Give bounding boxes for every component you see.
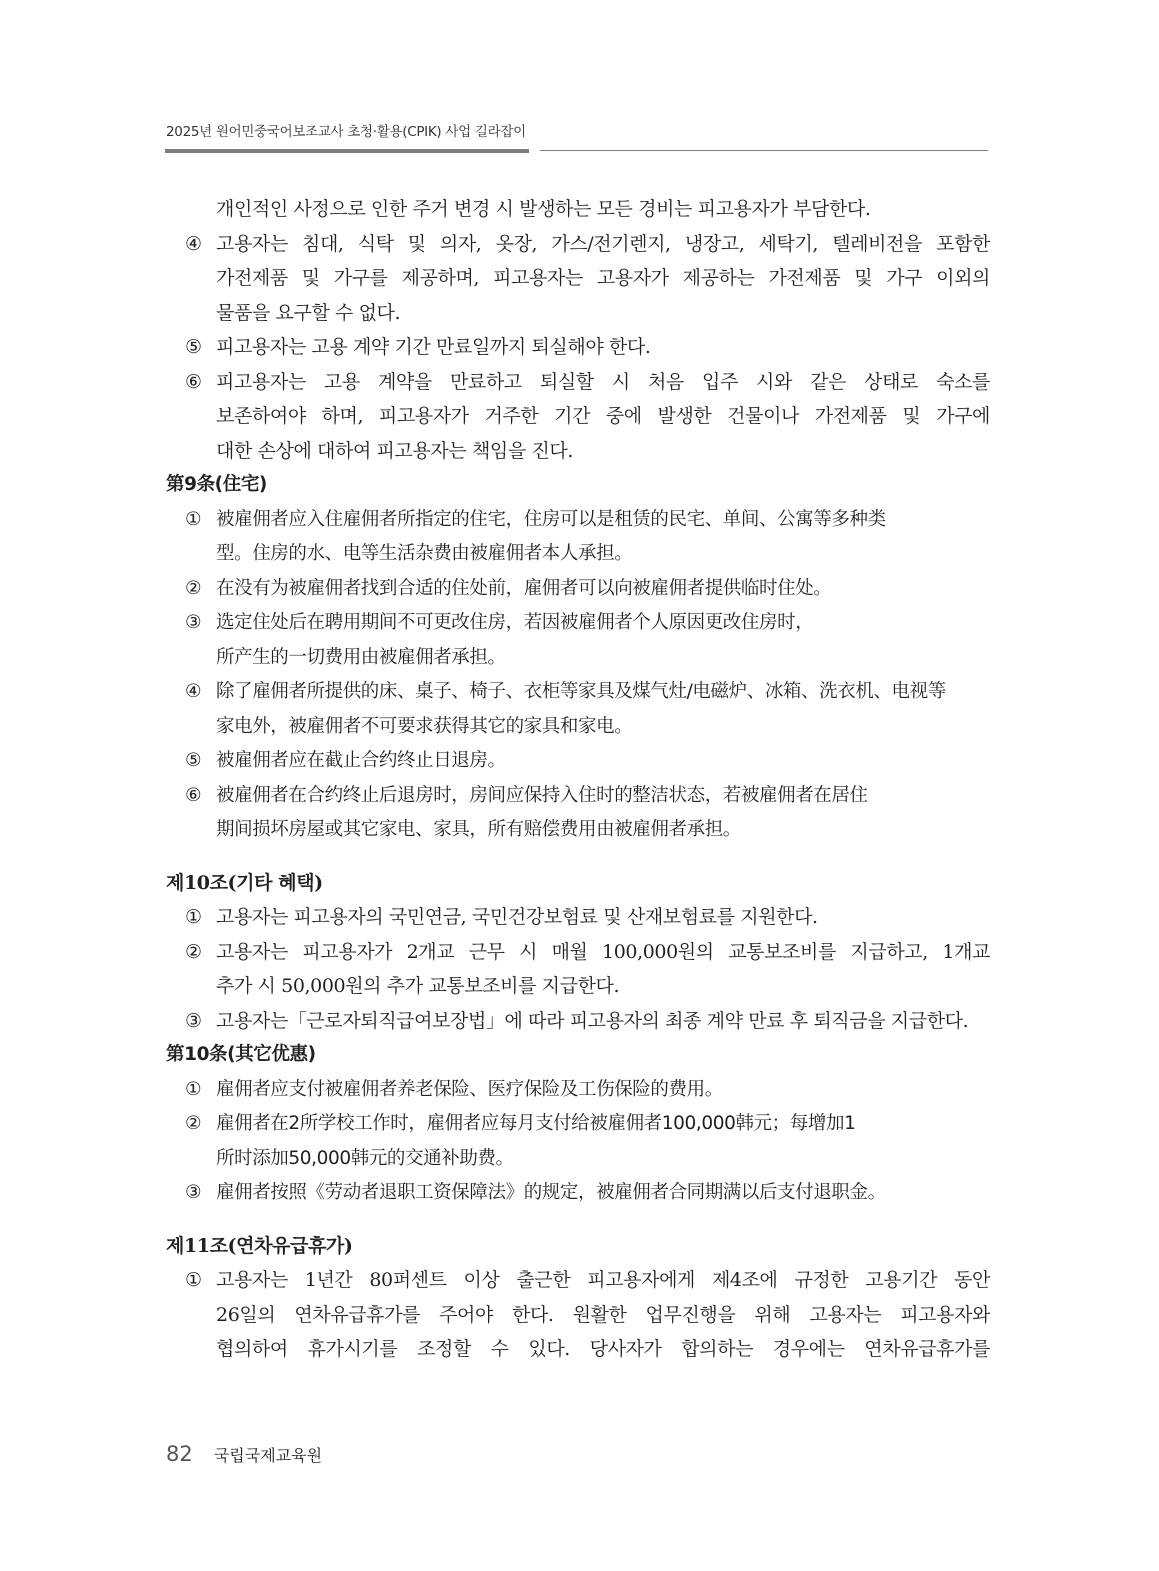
zh-art9-item-3-line2: 所产生的一切费用由被雇佣者承担。 — [166, 641, 990, 676]
zh-art9-item-4-line1: ④除了雇佣者所提供的床、桌子、椅子、衣柜等家具及煤气灶/电磁炉、冰箱、洗衣机、电… — [166, 675, 990, 710]
zh-art10-item-1: ①雇佣者应支付被雇佣者养老保险、医疗保险及工伤保险的费用。 — [166, 1073, 990, 1108]
zh-art9-item-5: ⑤被雇佣者应在截止合约终止日退房。 — [166, 744, 990, 779]
zh-art9-heading: 第9条(住宅) — [166, 468, 990, 503]
kr-art10-item-2-line1: ②고용자는 피고용자가 2개교 근무 시 매월 100,000원의 교통보조비를… — [166, 935, 990, 970]
zh-art10-heading: 第10条(其它优惠) — [166, 1038, 990, 1073]
header-rule-thin — [540, 150, 988, 151]
zh-art10-item-3: ③雇佣者按照《劳动者退职工资保障法》的规定，被雇佣者合同期满以后支付退职金。 — [166, 1176, 990, 1211]
kr-art11-heading: 제11조(연차유급휴가) — [166, 1229, 990, 1264]
kr-art10-item-1: ①고용자는 피고용자의 국민연금, 국민건강보험료 및 산재보험료를 지원한다. — [166, 900, 990, 935]
page-footer: 82 국립국제교육원 — [166, 1442, 322, 1466]
kr-art11-item-1-line1: ①고용자는 1년간 80퍼센트 이상 출근한 피고용자에게 제4조에 규정한 고… — [166, 1263, 990, 1298]
zh-art9-item-1-line2: 型。住房的水、电等生活杂费由被雇佣者本人承担。 — [166, 537, 990, 572]
zh-art10-item-2-line2: 所时添加50,000韩元的交通补助费。 — [166, 1142, 990, 1177]
kr-art10-item-3: ③고용자는「근로자퇴직급여보장법」에 따라 피고용자의 최종 계약 만료 후 퇴… — [166, 1004, 990, 1039]
section-gap — [166, 848, 990, 866]
kr-art9-item-6-line3: 대한 손상에 대하여 피고용자는 책임을 진다. — [166, 434, 990, 469]
zh-art9-item-4-line2: 家电外，被雇佣者不可要求获得其它的家具和家电。 — [166, 710, 990, 745]
kr-art9-item-5: ⑤피고용자는 고용 계약 기간 만료일까지 퇴실해야 한다. — [166, 330, 990, 365]
zh-art10-item-2-line1: ②雇佣者在2所学校工作时，雇佣者应每月支付给被雇佣者100,000韩元；每增加1 — [166, 1107, 990, 1142]
zh-art9-item-2: ②在没有为被雇佣者找到合适的住处前，雇佣者可以向被雇佣者提供临时住处。 — [166, 572, 990, 607]
continuation-line: 개인적인 사정으로 인한 주거 변경 시 발생하는 모든 경비는 피고용자가 부… — [166, 192, 990, 227]
kr-art9-item-4-line1: ④고용자는 침대, 식탁 및 의자, 옷장, 가스/전기렌지, 냉장고, 세탁기… — [166, 227, 990, 262]
kr-art9-item-4-line3: 물품을 요구할 수 없다. — [166, 296, 990, 331]
kr-art11-item-1-line3: 협의하여 휴가시기를 조정할 수 있다. 당사자가 합의하는 경우에는 연차유급… — [166, 1332, 990, 1367]
section-gap — [166, 1211, 990, 1229]
zh-art9-item-1-line1: ①被雇佣者应入住雇佣者所指定的住宅，住房可以是租赁的民宅、单间、公寓等多种类 — [166, 503, 990, 538]
zh-art9-item-6-line2: 期间损坏房屋或其它家电、家具，所有赔偿费用由被雇佣者承担。 — [166, 813, 990, 848]
header-rule-thick — [165, 149, 529, 153]
organization-name: 국립국제교육원 — [214, 1446, 322, 1465]
kr-art10-heading: 제10조(기타 혜택) — [166, 866, 990, 901]
page-number: 82 — [166, 1442, 193, 1466]
zh-art9-item-3-line1: ③选定住处后在聘用期间不可更改住房，若因被雇佣者个人原因更改住房时， — [166, 606, 990, 641]
kr-art9-item-6-line2: 보존하여야 하며, 피고용자가 거주한 기간 중에 발생한 건물이나 가전제품 … — [166, 399, 990, 434]
kr-art9-item-4-line2: 가전제품 및 가구를 제공하며, 피고용자는 고용자가 제공하는 가전제품 및 … — [166, 261, 990, 296]
running-header: 2025년 원어민중국어보조교사 초청·활용(CPIK) 사업 길라잡이 — [166, 120, 526, 140]
zh-art9-item-6-line1: ⑥被雇佣者在合约终止后退房时，房间应保持入住时的整洁状态，若被雇佣者在居住 — [166, 779, 990, 814]
kr-art10-item-2-line2: 추가 시 50,000원의 추가 교통보조비를 지급한다. — [166, 969, 990, 1004]
document-body: 개인적인 사정으로 인한 주거 변경 시 발생하는 모든 경비는 피고용자가 부… — [166, 192, 990, 1367]
kr-art9-item-6-line1: ⑥피고용자는 고용 계약을 만료하고 퇴실할 시 처음 입주 시와 같은 상태로… — [166, 365, 990, 400]
kr-art11-item-1-line2: 26일의 연차유급휴가를 주어야 한다. 원활한 업무진행을 위해 고용자는 피… — [166, 1298, 990, 1333]
